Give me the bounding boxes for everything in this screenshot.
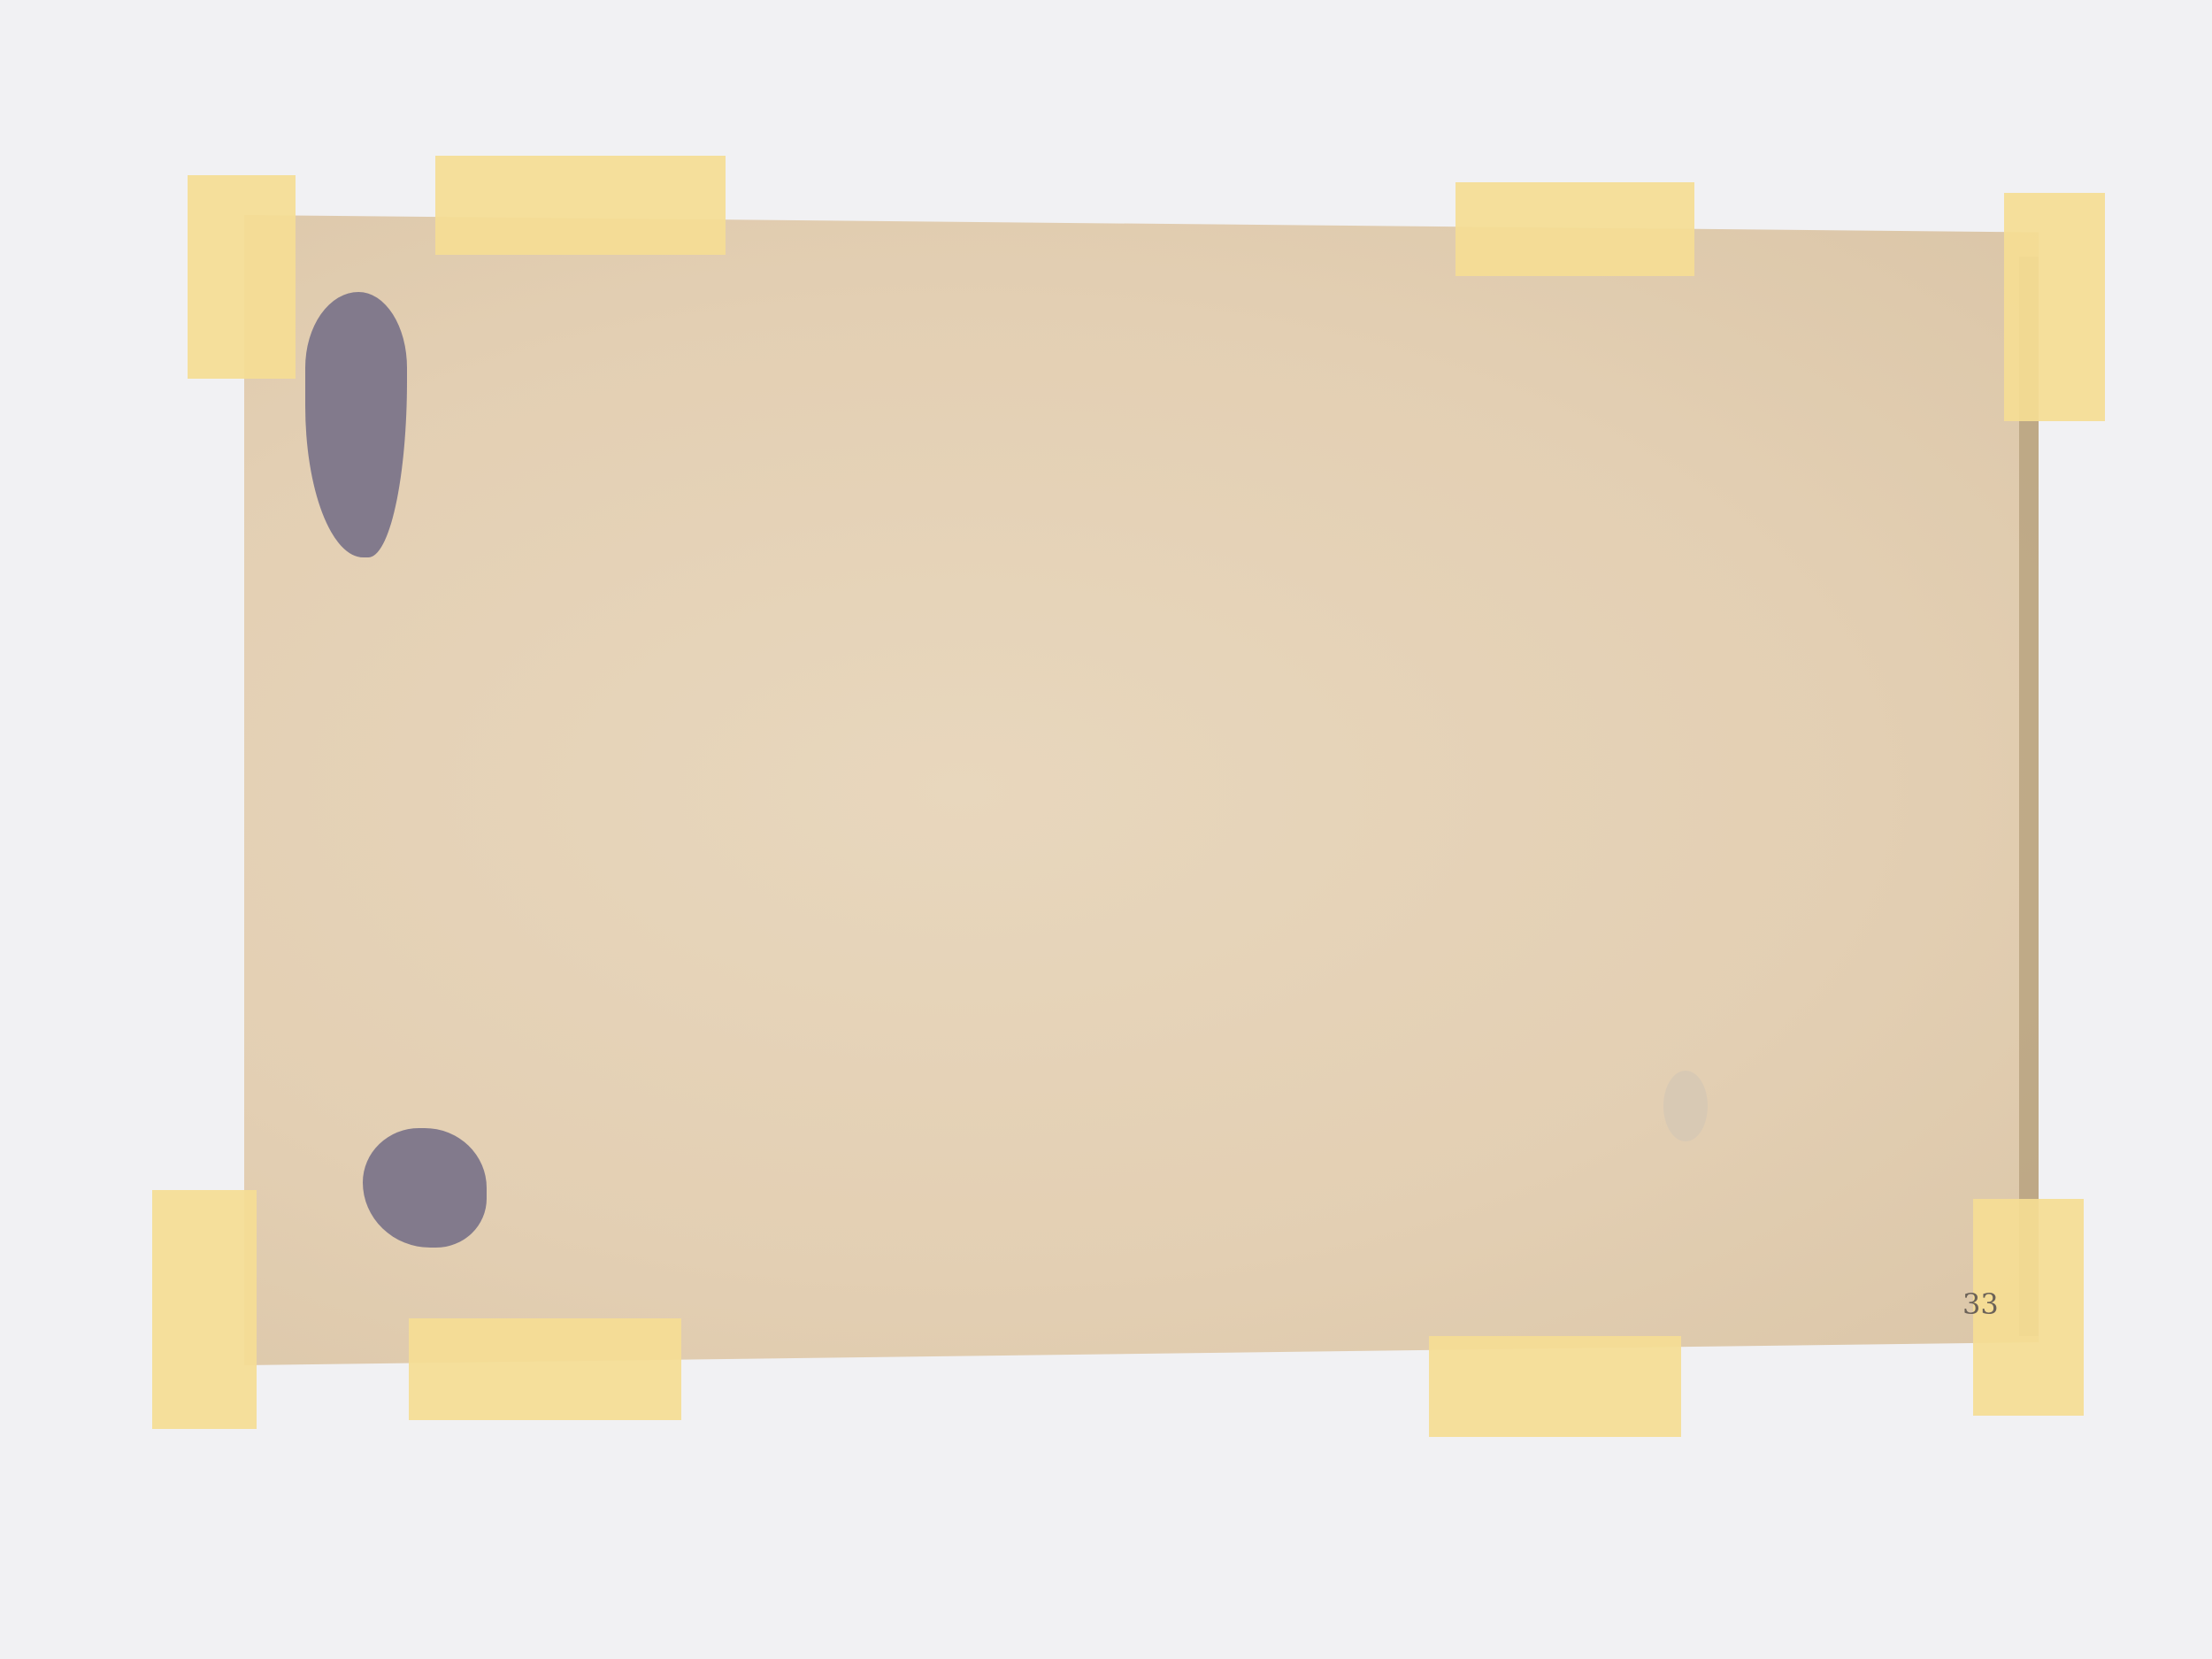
pencil-number: 33 [1962, 1287, 1999, 1321]
tape-bottom-left-vertical [152, 1190, 257, 1429]
tape-top-left-horizontal [435, 156, 726, 255]
tape-top-right-horizontal [1455, 182, 1694, 276]
tape-bottom-right-horizontal [1429, 1336, 1681, 1437]
tape-bottom-left-horizontal [409, 1318, 681, 1420]
tape-top-right-vertical [2004, 193, 2105, 421]
paper-sheet [244, 215, 2039, 1365]
small-stain [1663, 1071, 1708, 1141]
tape-top-left-vertical [188, 175, 296, 379]
